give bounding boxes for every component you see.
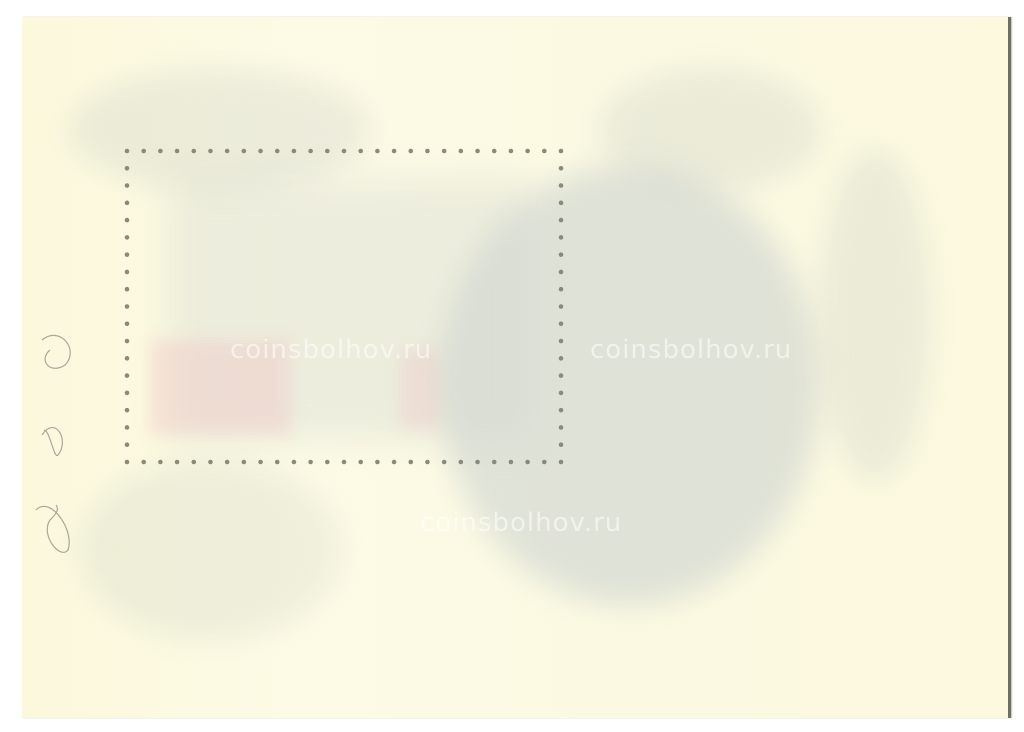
perforation-outline [0, 0, 1024, 732]
